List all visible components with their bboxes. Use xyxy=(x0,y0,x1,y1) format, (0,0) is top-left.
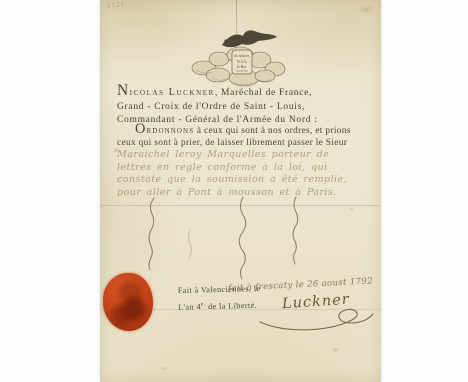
signature-flourish xyxy=(260,309,373,330)
stain xyxy=(349,207,354,211)
void-stroke xyxy=(189,230,192,258)
officer-title: , Maréchal de France, xyxy=(215,88,312,98)
body-lead-word: Ordonnons xyxy=(126,124,194,138)
eagle-icon xyxy=(222,30,277,47)
handwritten-entry: Maraichel leroy Marquelles porteur de le… xyxy=(117,149,347,198)
handwritten-date: fait à frescaty le 26 aoust 1792 xyxy=(228,276,378,294)
photograph-of-document: 1521 la nation, la Loi, le Roi. xyxy=(0,0,468,382)
void-stroke xyxy=(149,198,154,270)
wax-seal xyxy=(103,273,153,331)
stain xyxy=(331,347,340,353)
footer-year-line: L'an 4e. de la Liberté. xyxy=(178,296,261,315)
officer-name: Nicolas Luckner xyxy=(117,84,215,100)
pencil-note: 1521 xyxy=(107,0,126,10)
eagle-head xyxy=(224,39,227,42)
heading: Nicolas Luckner, Maréchal de France, Gra… xyxy=(117,84,365,128)
stain xyxy=(358,5,375,14)
vignette-eagle-clouds: la nation, la Loi, le Roi. xyxy=(188,28,294,90)
heading-line-2: Grand - Croix de l'Ordre de Saint - Loui… xyxy=(117,101,365,115)
signature: Luckner xyxy=(282,292,351,313)
stain xyxy=(158,366,169,371)
motto-line: le Roi. xyxy=(237,64,247,69)
void-stroke xyxy=(293,197,298,264)
void-stroke xyxy=(239,197,246,279)
heading-line-1: Nicolas Luckner, Maréchal de France, xyxy=(117,84,365,101)
fold-crease-horizontal-1 xyxy=(100,205,381,207)
body-paragraph: Ordonnons à ceux qui sont à nos ordres, … xyxy=(117,124,363,200)
document-paper: 1521 la nation, la Loi, le Roi. xyxy=(100,0,381,382)
